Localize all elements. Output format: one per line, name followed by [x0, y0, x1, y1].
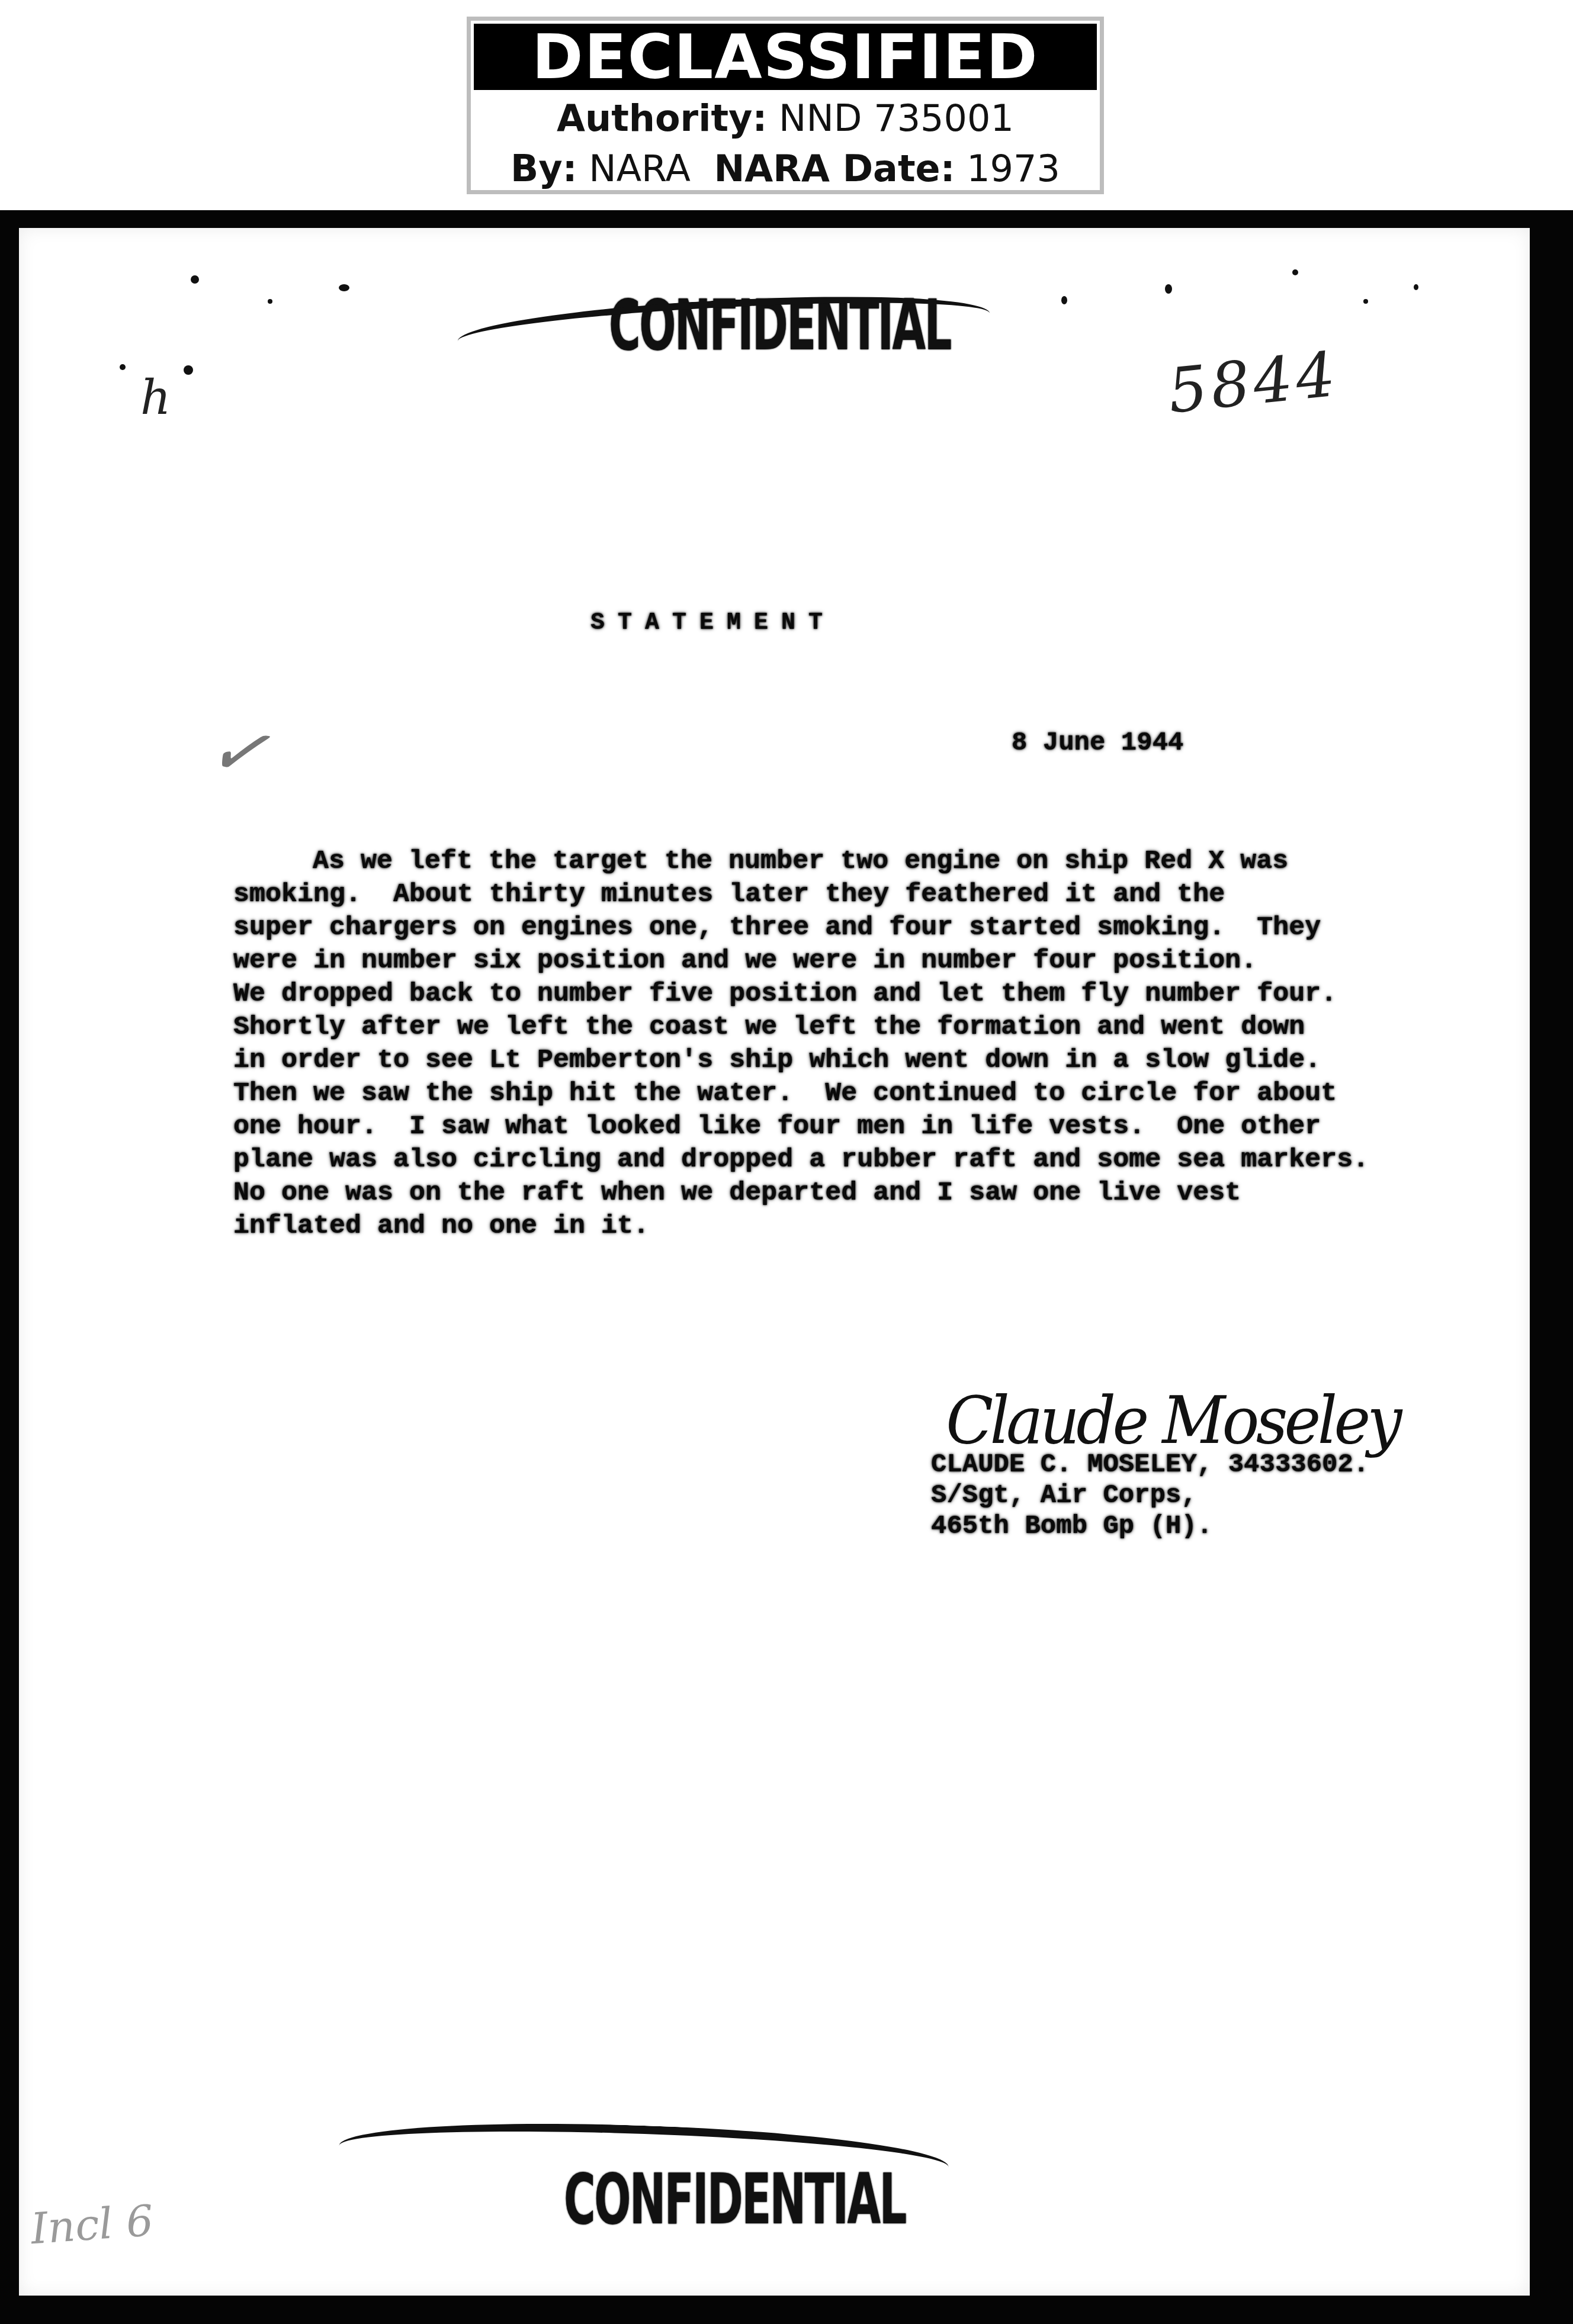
body-line: super chargers on engines one, three and…: [233, 911, 1359, 944]
dust-speck: [1061, 296, 1067, 304]
signature-block: CLAUDE C. MOSELEY, 34333602. S/Sgt, Air …: [931, 1449, 1369, 1542]
dust-speck: [1414, 284, 1418, 290]
stamp-title: DECLASSIFIED: [474, 24, 1097, 90]
body-line: inflated and no one in it.: [233, 1210, 1359, 1243]
body-line: one hour. I saw what looked like four me…: [233, 1110, 1359, 1143]
dust-speck: [184, 365, 193, 375]
stamp-date-label: NARA Date:: [714, 147, 955, 190]
signer-rank: S/Sgt, Air Corps,: [931, 1480, 1369, 1511]
handwritten-initial: h: [140, 370, 171, 425]
stamp-authority-label: Authority:: [557, 97, 767, 140]
body-line: Then we saw the ship hit the water. We c…: [233, 1077, 1359, 1110]
body-line: smoking. About thirty minutes later they…: [233, 878, 1359, 911]
classification-stamp-bottom: CONFIDENTIAL: [564, 2158, 906, 2240]
document-title: STATEMENT: [590, 610, 836, 637]
body-line: were in number six position and we were …: [233, 944, 1359, 978]
dust-speck: [1292, 269, 1298, 275]
check-mark-icon: ✓: [202, 706, 275, 797]
dust-speck: [1363, 299, 1368, 304]
handwritten-signature: Claude Moseley: [946, 1383, 1399, 1458]
stamp-authority: Authority: NND 735001: [471, 98, 1100, 139]
signer-unit: 465th Bomb Gp (H).: [931, 1511, 1369, 1542]
document-date: 8 June 1944: [1012, 728, 1183, 758]
body-line: As we left the target the number two eng…: [233, 845, 1359, 878]
declassification-stamp: DECLASSIFIED Authority: NND 735001 By: N…: [467, 17, 1104, 194]
body-line: in order to see Lt Pemberton's ship whic…: [233, 1044, 1359, 1077]
stamp-by-value: NARA: [589, 147, 691, 190]
dust-speck: [268, 299, 272, 304]
stamp-by-label: By:: [511, 147, 577, 190]
stamp-authority-value: NND 735001: [779, 97, 1014, 140]
body-line: Shortly after we left the coast we left …: [233, 1011, 1359, 1044]
dust-speck: [1165, 284, 1172, 294]
handwritten-file-number: 5844: [1164, 337, 1342, 427]
dust-speck: [120, 364, 126, 370]
dust-speck: [191, 275, 199, 284]
dust-speck: [339, 284, 349, 291]
stamp-date-value: 1973: [967, 147, 1060, 190]
body-line: plane was also circling and dropped a ru…: [233, 1143, 1359, 1177]
pencil-note: Incl 6: [29, 2196, 155, 2254]
document-page: CONFIDENTIAL 5844 h ✓ STATEMENT 8 June 1…: [19, 228, 1530, 2296]
body-line: We dropped back to number five position …: [233, 978, 1359, 1011]
stamp-by-date: By: NARA NARA Date: 1973: [471, 148, 1100, 189]
statement-body: As we left the target the number two eng…: [233, 845, 1359, 1243]
signer-name: CLAUDE C. MOSELEY, 34333602.: [931, 1449, 1369, 1480]
body-line: No one was on the raft when we departed …: [233, 1177, 1359, 1210]
scanned-document-frame: CONFIDENTIAL 5844 h ✓ STATEMENT 8 June 1…: [0, 210, 1573, 2324]
